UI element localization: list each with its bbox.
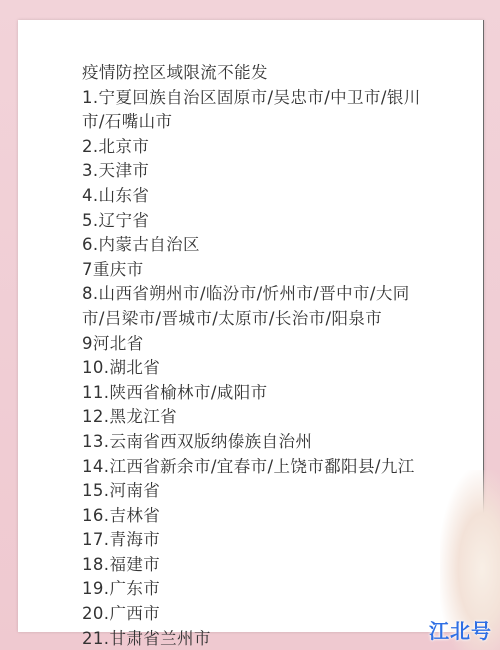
list-item: 17.青海市 xyxy=(82,528,482,553)
list-item: 21.甘肃省兰州市 xyxy=(82,627,482,650)
list-item: 13.云南省西双版纳傣族自治州 xyxy=(82,430,482,455)
list-item: 3.天津市 xyxy=(82,159,482,184)
list-item: 20.广西市 xyxy=(82,602,482,627)
list-item: 11.陕西省榆林市/咸阳市 xyxy=(82,381,482,406)
list-item: 19.广东市 xyxy=(82,577,482,602)
list-item: 15.河南省 xyxy=(82,479,482,504)
list-item: 18.福建市 xyxy=(82,553,482,578)
list-item: 8.山西省朔州市/临汾市/忻州市/晋中市/大同 xyxy=(82,282,482,307)
list-item: 10.湖北省 xyxy=(82,356,482,381)
list-item: 9河北省 xyxy=(82,332,482,357)
list-item: 市/吕梁市/晋城市/太原市/长治市/阳泉市 xyxy=(82,307,482,332)
list-item: 6.内蒙古自治区 xyxy=(82,233,482,258)
list-item: 1.宁夏回族自治区固原市/吴忠市/中卫市/银川 xyxy=(82,86,482,111)
list-item: 7重庆市 xyxy=(82,258,482,283)
document-title: 疫情防控区域限流不能发 xyxy=(82,61,482,86)
list-item: 市/石嘴山市 xyxy=(82,110,482,135)
document-content: 疫情防控区域限流不能发 1.宁夏回族自治区固原市/吴忠市/中卫市/银川 市/石嘴… xyxy=(82,61,482,650)
list-item: 14.江西省新余市/宜春市/上饶市鄱阳县/九江 xyxy=(82,455,482,480)
list-item: 2.北京市 xyxy=(82,135,482,160)
document-card: 疫情防控区域限流不能发 1.宁夏回族自治区固原市/吴忠市/中卫市/银川 市/石嘴… xyxy=(18,20,484,632)
list-item: 12.黑龙江省 xyxy=(82,405,482,430)
watermark-logo: 江北号 xyxy=(429,615,492,644)
list-item: 5.辽宁省 xyxy=(82,209,482,234)
list-item: 4.山东省 xyxy=(82,184,482,209)
list-item: 16.吉林省 xyxy=(82,504,482,529)
